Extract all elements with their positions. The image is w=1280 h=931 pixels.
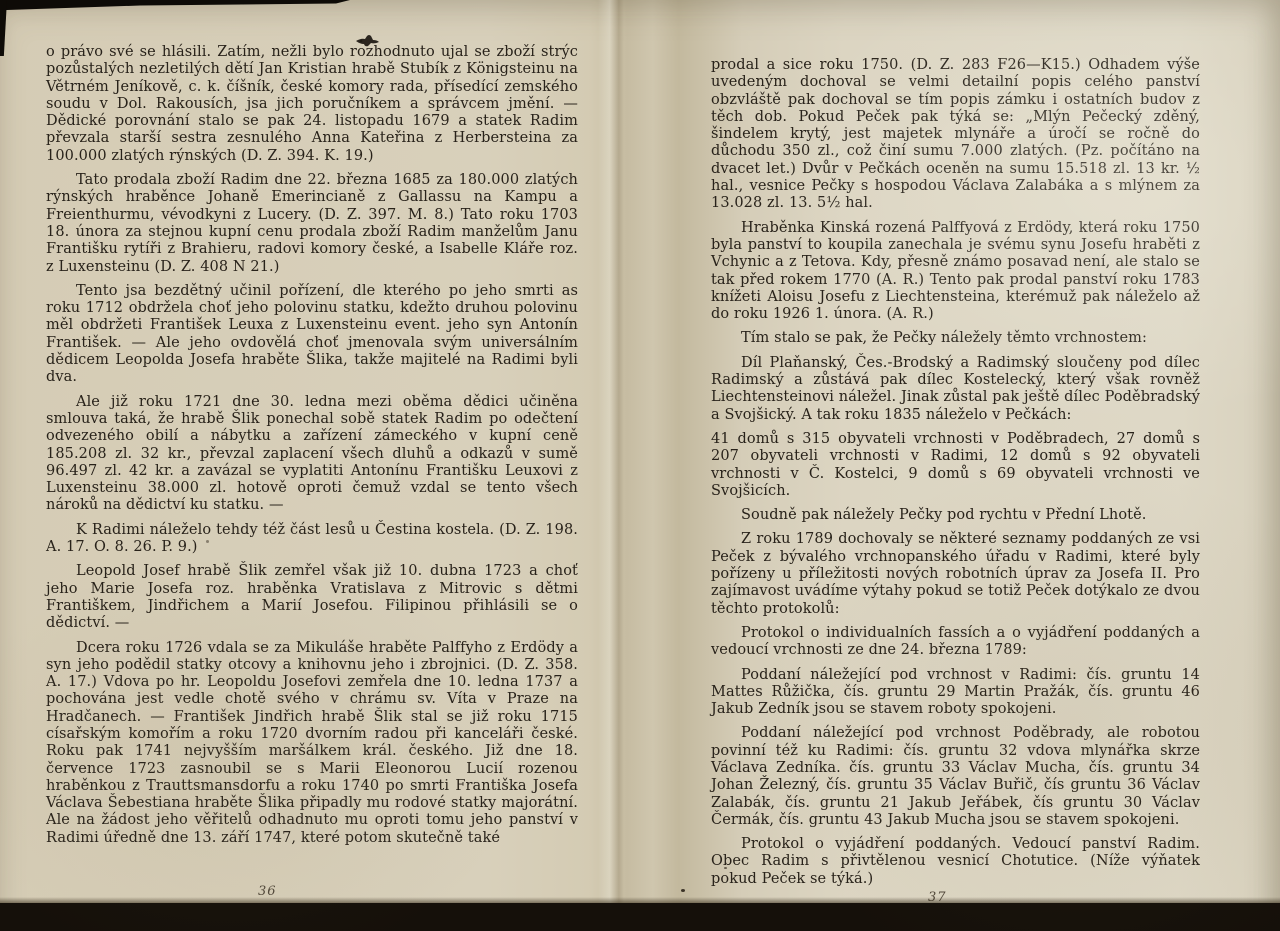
paragraph: 41 domů s 315 obyvateli vrchnosti v Podě…: [711, 431, 1200, 500]
photo-edge-top: [0, 0, 350, 10]
gutter-crease: [598, 0, 624, 931]
paragraph: Protokol o vyjádření poddaných. Vedoucí …: [711, 836, 1200, 888]
paragraph: Poddaní náležející pod vrchnost v Radimi…: [711, 667, 1200, 719]
paragraph: Leopold Josef hrabě Šlik zemřel však již…: [46, 563, 578, 632]
paragraph: Dcera roku 1726 vdala se za Mikuláše hra…: [46, 640, 578, 848]
paragraph: Ale již roku 1721 dne 30. ledna mezi obě…: [46, 394, 578, 515]
photo-edge-left: [0, 0, 7, 56]
paragraph: o právo své se hlásili. Zatím, nežli byl…: [46, 44, 578, 165]
paragraph: Z roku 1789 dochovaly se některé seznamy…: [711, 531, 1200, 617]
paragraph: K Radimi náleželo tehdy též část lesů u …: [46, 522, 578, 557]
paragraph: Tento jsa bezdětný učinil pořízení, dle …: [46, 283, 578, 387]
paragraph: Tato prodala zboží Radim dne 22. března …: [46, 172, 578, 276]
paper-speck: [206, 540, 209, 543]
paragraph: Poddaní náležející pod vrchnost Poděbrad…: [711, 725, 1200, 829]
paragraph: Díl Plaňanský, Čes.-Brodský a Radimský s…: [711, 355, 1200, 424]
paper-speck: [724, 867, 727, 869]
photo-edge-bottom: [0, 903, 1280, 931]
book-photo: o právo své se hlásili. Zatím, nežli byl…: [0, 0, 1280, 931]
page-right-text: prodal a sice roku 1750. (D. Z. 283 F26—…: [711, 57, 1200, 895]
paper-speck: [681, 889, 685, 892]
paragraph: Tím stalo se pak, že Pečky náležely těmt…: [711, 330, 1200, 347]
page-left-text: o právo své se hlásili. Zatím, nežli byl…: [46, 44, 578, 854]
paragraph: Protokol o individualních fassích a o vy…: [711, 625, 1200, 660]
paragraph: Hraběnka Kinská rozená Palffyová z Erdöd…: [711, 220, 1200, 324]
paragraph: Soudně pak náležely Pečky pod rychtu v P…: [711, 507, 1200, 524]
paragraph: prodal a sice roku 1750. (D. Z. 283 F26—…: [711, 57, 1200, 213]
